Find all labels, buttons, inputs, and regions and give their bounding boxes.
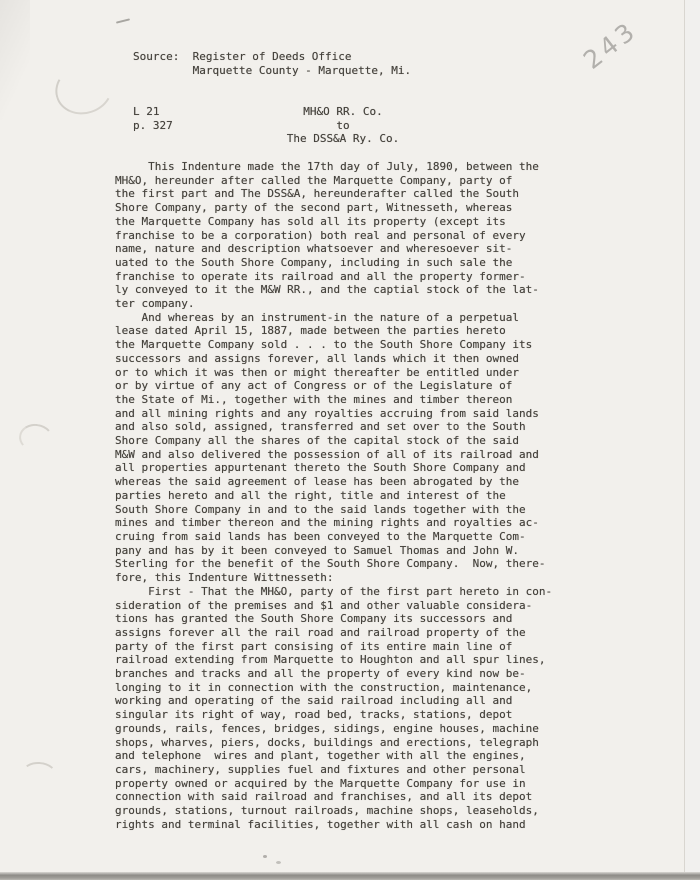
hole-punch-mark-middle: [17, 422, 55, 454]
scanned-document-page: 243 Source: Register of Deeds Office Mar…: [0, 0, 700, 880]
document-body-text: This Indenture made the 17th day of July…: [115, 160, 552, 831]
scan-corner-shadow: [0, 0, 30, 120]
page-right-edge: [684, 0, 700, 880]
record-reference: L 21 p. 327: [133, 105, 173, 132]
hole-punch-mark-top: [49, 56, 120, 121]
dust-speck: [263, 855, 267, 858]
document-title: MH&O RR. Co. to The DSS&A Ry. Co.: [240, 105, 446, 146]
hole-punch-mark-bottom: [20, 761, 58, 789]
pencil-smudge-mark: [116, 18, 130, 23]
dust-speck: [276, 861, 281, 864]
source-citation: Source: Register of Deeds Office Marquet…: [133, 50, 411, 78]
scan-bottom-edge: [0, 872, 700, 880]
handwritten-page-number: 243: [578, 15, 643, 75]
